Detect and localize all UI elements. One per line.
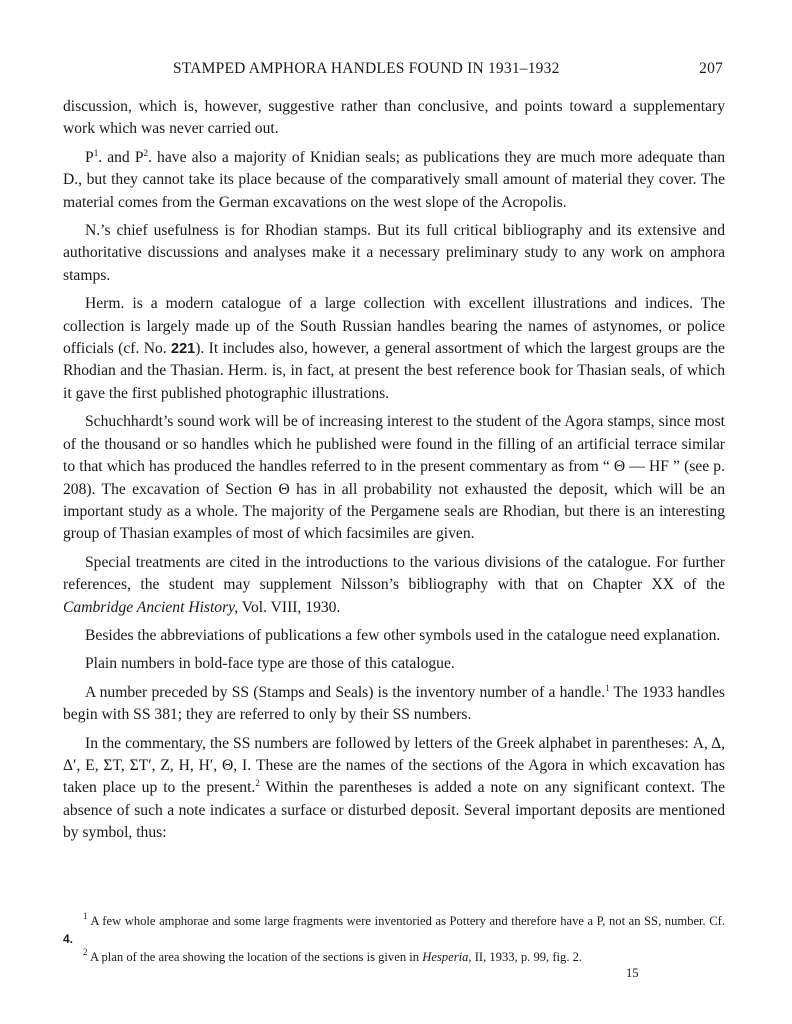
paragraph: In the commentary, the SS numbers are fo… [63, 733, 725, 845]
paragraph: Besides the abbreviations of publication… [63, 625, 725, 647]
paragraph: Herm. is a modern catalogue of a large c… [63, 293, 725, 405]
text-run: Special treatments are cited in the intr… [63, 554, 725, 593]
text-run: Vol. VIII, 1930. [238, 599, 340, 616]
text-run: P [85, 149, 94, 166]
footnote: 1 A few whole amphorae and some large fr… [63, 912, 725, 948]
text-run: . have also a majority of Knidian seals;… [63, 149, 725, 211]
paragraph: Special treatments are cited in the intr… [63, 552, 725, 619]
text-run: Schuchhardt’s sound work will be of incr… [63, 413, 725, 542]
body-text: discussion, which is, however, suggestiv… [63, 96, 725, 845]
page-number: 207 [699, 60, 723, 78]
paragraph: P1. and P2. have also a majority of Knid… [63, 147, 725, 214]
catalogue-number: 221 [171, 341, 195, 357]
running-head-title: STAMPED AMPHORA HANDLES FOUND IN 1931–19… [173, 60, 560, 78]
text-run: A number preceded by SS (Stamps and Seal… [85, 684, 605, 701]
text-run: discussion, which is, however, suggestiv… [63, 98, 725, 137]
text-run: . and P [98, 149, 143, 166]
paragraph: A number preceded by SS (Stamps and Seal… [63, 682, 725, 727]
italic-title: Cambridge Ancient History, [63, 599, 238, 616]
signature-mark: 15 [626, 966, 639, 981]
paragraph: Schuchhardt’s sound work will be of incr… [63, 411, 725, 545]
catalogue-number: 4. [63, 932, 73, 946]
text-run: A plan of the area showing the location … [88, 950, 423, 964]
page-content: STAMPED AMPHORA HANDLES FOUND IN 1931–19… [63, 58, 725, 851]
text-run: A few whole amphorae and some large frag… [88, 914, 726, 928]
italic-title: Hesperia [422, 950, 468, 964]
text-run: Plain numbers in bold-face type are thos… [85, 655, 455, 672]
text-run: Besides the abbreviations of publication… [85, 627, 720, 644]
text-run: , II, 1933, p. 99, fig. 2. [468, 950, 582, 964]
running-head: STAMPED AMPHORA HANDLES FOUND IN 1931–19… [63, 58, 725, 82]
text-run: N.’s chief usefulness is for Rhodian sta… [63, 222, 725, 284]
footnote: 2 A plan of the area showing the locatio… [63, 948, 725, 966]
paragraph: N.’s chief usefulness is for Rhodian sta… [63, 220, 725, 287]
paragraph: Plain numbers in bold-face type are thos… [63, 653, 725, 675]
paragraph: discussion, which is, however, suggestiv… [63, 96, 725, 141]
footnotes: 1 A few whole amphorae and some large fr… [63, 912, 725, 966]
